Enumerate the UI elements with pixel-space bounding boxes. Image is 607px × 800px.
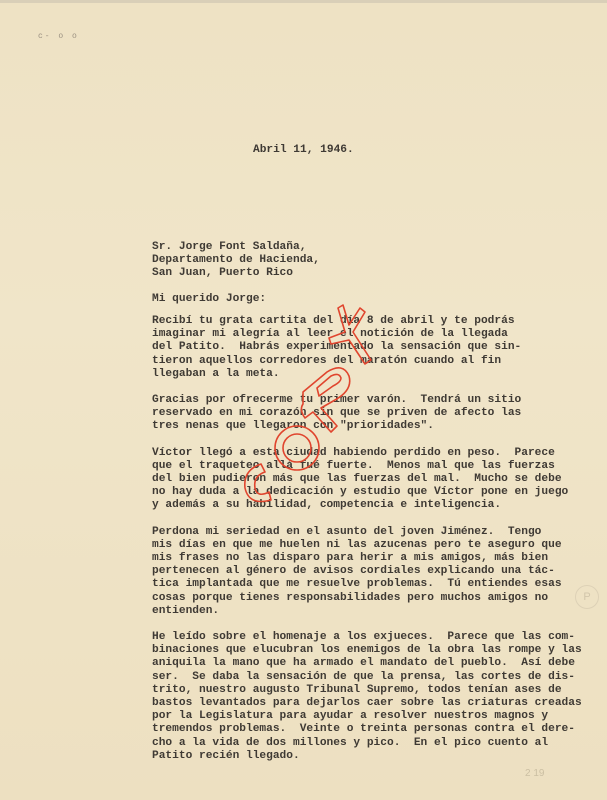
text-line: Víctor llegó a esta ciudad habiendo perd… <box>152 447 592 460</box>
text-line: Perdona mi seriedad en el asunto del jov… <box>152 526 592 539</box>
paragraph: He leído sobre el homenaje a los exjuece… <box>152 631 592 763</box>
text-line: tremendos problemas. Veinte o treinta pe… <box>152 723 592 736</box>
text-line: llegaban a la meta. <box>152 368 592 381</box>
paragraph: Recibí tu grata cartita del día 8 de abr… <box>152 315 592 381</box>
text-line: He leído sobre el homenaje a los exjuece… <box>152 631 592 644</box>
text-line: imaginar mi alegría al leer el notición … <box>152 328 592 341</box>
text-line: Recibí tu grata cartita del día 8 de abr… <box>152 315 592 328</box>
corner-mark: c- o o <box>38 30 79 43</box>
page-number: 2 19 <box>525 767 544 780</box>
address-line: Departamento de Hacienda, <box>152 254 320 267</box>
text-line: mis días en que me huelen ni las azucena… <box>152 539 592 552</box>
text-line: trito, nuestro augusto Tribunal Supremo,… <box>152 684 592 697</box>
text-line: del bien pudieron más que las fuerzas de… <box>152 473 592 486</box>
text-line: y además a su habilidad, competencia e i… <box>152 499 592 512</box>
salutation: Mi querido Jorge: <box>152 293 266 306</box>
text-line: tieron aquellos corredores del maratón c… <box>152 355 592 368</box>
text-line: tica implantada que me resuelve problema… <box>152 578 592 591</box>
letter-body: Recibí tu grata cartita del día 8 de abr… <box>152 315 592 776</box>
text-line: Patito recién llegado. <box>152 750 592 763</box>
text-line: pertenecen al género de avisos cordiales… <box>152 565 592 578</box>
text-line: del Patito. Habrás experimentado la sens… <box>152 341 592 354</box>
text-line: cosas porque tienes responsabilidades pe… <box>152 592 592 605</box>
text-line: aniquila la mano que ha armado el mandat… <box>152 657 592 670</box>
text-line: no hay duda a la dedicación y estudio qu… <box>152 486 592 499</box>
text-line: bastos levantados para dejarlos caer sob… <box>152 697 592 710</box>
recipient-address: Sr. Jorge Font Saldaña, Departamento de … <box>152 241 320 281</box>
paragraph: Víctor llegó a esta ciudad habiendo perd… <box>152 447 592 513</box>
text-line: Gracias por ofrecerme tu primer varón. T… <box>152 394 592 407</box>
text-line: ser. Se daba la sensación de que la pren… <box>152 671 592 684</box>
text-line: mis frases no las disparo para herir a m… <box>152 552 592 565</box>
paragraph: Gracias por ofrecerme tu primer varón. T… <box>152 394 592 434</box>
text-line: reservado en mi corazón sin que se prive… <box>152 407 592 420</box>
letter-date: Abril 11, 1946. <box>253 144 354 157</box>
text-line: por la Legislatura para ayudar a resolve… <box>152 710 592 723</box>
text-line: entienden. <box>152 605 592 618</box>
address-line: San Juan, Puerto Rico <box>152 267 320 280</box>
archive-stamp-mark: P <box>575 585 599 609</box>
address-line: Sr. Jorge Font Saldaña, <box>152 241 320 254</box>
letter-page: c- o o Abril 11, 1946. Sr. Jorge Font Sa… <box>0 0 607 800</box>
paragraph: Perdona mi seriedad en el asunto del jov… <box>152 526 592 618</box>
text-line: cho a la vida de dos millones y pico. En… <box>152 737 592 750</box>
text-line: binaciones que elucubran los enemigos de… <box>152 644 592 657</box>
text-line: tres nenas que llegaron con "prioridades… <box>152 420 592 433</box>
text-line: que el traqueteo allá fué fuerte. Menos … <box>152 460 592 473</box>
